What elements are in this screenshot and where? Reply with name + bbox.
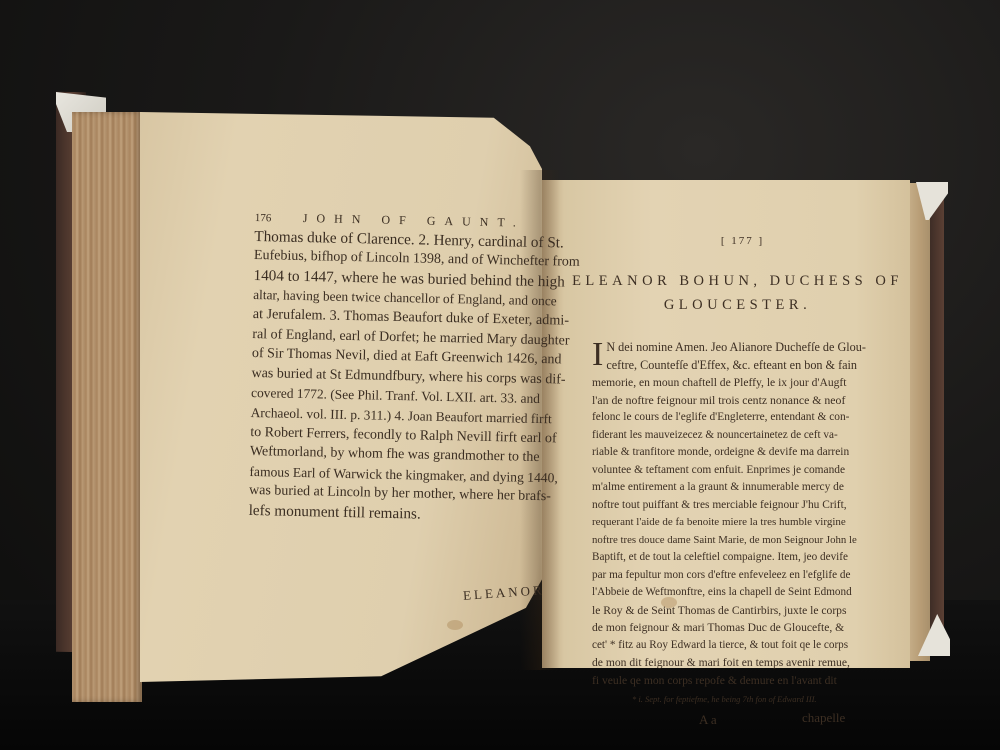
text-line: par ma fepultur mon cors d'eftre enfevel… — [592, 567, 905, 585]
text-line: de mon feignour & mari Thomas Duc de Glo… — [592, 619, 905, 637]
chapter-title-line-2: GLOUCESTER. — [570, 293, 905, 317]
text-line: l'Abbeie de Weftmonftre, eins la chapell… — [592, 584, 905, 602]
text-line: fi veule qe mon corps repofe & demure en… — [592, 672, 905, 690]
right-page-text: [ 177 ] ELEANOR BOHUN, DUCHESS OF GLOUCE… — [600, 235, 905, 729]
text-line: le Roy & de Seint Thomas de Cantirbirs, … — [592, 602, 905, 620]
text-line: ceftre, Countefſe d'Effex, &c. efteant e… — [592, 357, 905, 375]
left-page-edges — [72, 112, 142, 702]
text-line: voluntee & teftament com enfuit. Enprime… — [592, 462, 905, 480]
page-number: [ 177 ] — [580, 235, 905, 247]
text-line: noftre tres douce dame Saint Marie, de m… — [592, 532, 905, 550]
text-line: m'alme entirement a la graunt & innumera… — [592, 479, 905, 497]
text-line: Baptift, et de tout la celeftiel compaig… — [592, 549, 905, 567]
text-line: noftre tout puiffant & tres merciable fe… — [592, 497, 905, 515]
chapter-title-line-1: ELEANOR BOHUN, DUCHESS OF — [570, 269, 905, 293]
text-line: N dei nomine Amen. Jeo Alianore Duchefſe… — [592, 339, 905, 357]
text-line: requerant l'aide de fa benoite miere la … — [592, 514, 905, 532]
text-line: de mon dit feignour & mari foit en temps… — [592, 654, 905, 672]
text-line: l'an de noftre feignour mil trois centz … — [592, 392, 905, 410]
text-line: fiderant les mauveizecez & nouncertainet… — [592, 427, 905, 445]
right-cover-board — [928, 185, 944, 655]
chapter-title: ELEANOR BOHUN, DUCHESS OF GLOUCESTER. — [570, 269, 905, 317]
text-line: felonc le cours de l'eglife d'Engleterre… — [592, 409, 905, 427]
text-line: cet' * fitz au Roy Edward la tierce, & t… — [592, 637, 905, 655]
text-line: memorie, en moun chaftell de Pleffy, le … — [592, 374, 905, 392]
left-page-text: 176 JOHN OF GAUNT. Thomas duke of Claren… — [248, 208, 536, 526]
signature-line: A a chapelle — [592, 709, 905, 729]
footnote: * i. Sept. for feptiefme, he being 7th f… — [632, 691, 905, 709]
foxing-stain — [447, 620, 463, 630]
catchword-right: chapelle — [802, 709, 845, 727]
signature-mark: A a — [699, 711, 717, 729]
drop-cap: I — [592, 341, 603, 369]
text-line: riable & tranfitore monde, ordeigne & de… — [592, 444, 905, 462]
will-text: I N dei nomine Amen. Jeo Alianore Duchef… — [592, 339, 905, 729]
